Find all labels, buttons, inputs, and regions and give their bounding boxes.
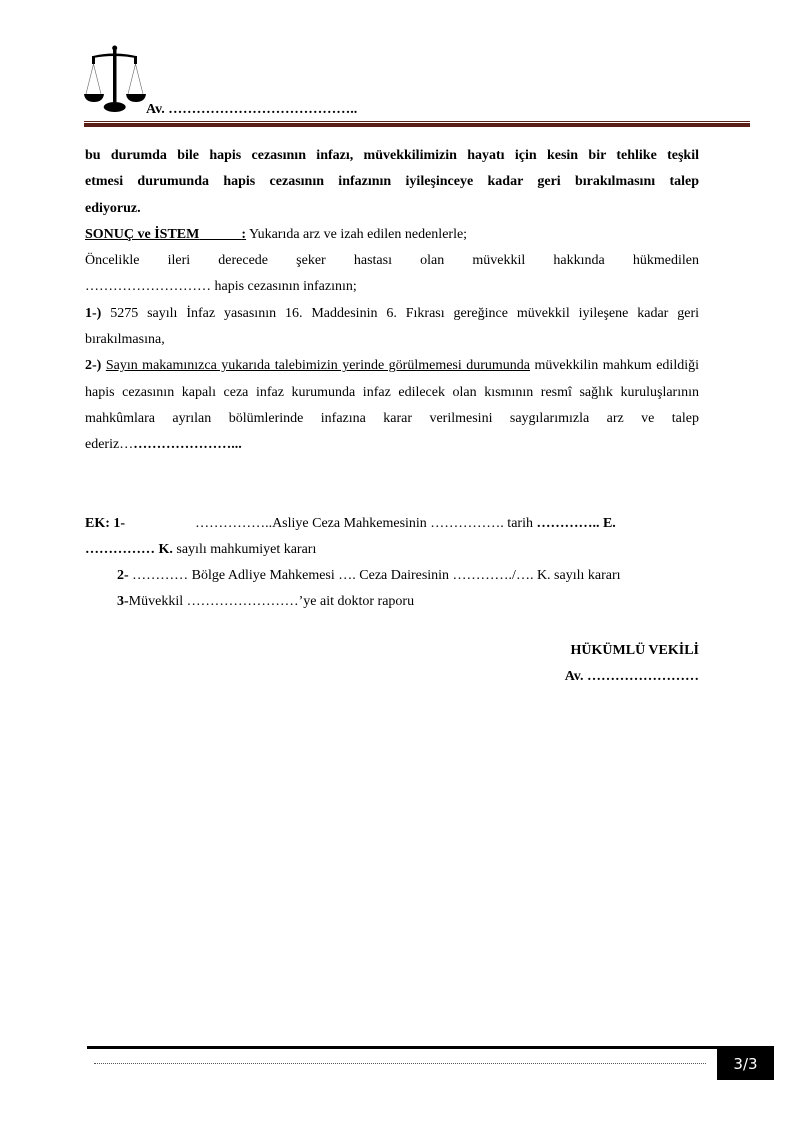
intro-line: ediyoruz. xyxy=(85,196,699,222)
first-line: Öncelikle ileri derecede şeker hastası o… xyxy=(85,248,699,274)
signature-name: Av. …………………… xyxy=(85,664,699,690)
scales-of-justice-icon xyxy=(84,44,146,112)
result-text: Yukarıda arz ve izah edilen nedenlerle; xyxy=(246,227,467,242)
document-body: bu durumda bile hapis cezasının infazı, … xyxy=(85,143,699,690)
footer-dotted-line xyxy=(94,1063,706,1064)
result-heading: SONUÇ ve İSTEM : xyxy=(85,227,246,242)
attachments-label: EK: 1- xyxy=(85,516,125,531)
attachment-2: 2- ………… Bölge Adliye Mahkemesi …. Ceza D… xyxy=(85,563,699,589)
result-paragraph: SONUÇ ve İSTEM : Yukarıda arz ve izah ed… xyxy=(85,222,699,248)
request-item-1: 1-) 5275 sayılı İnfaz yasasının 16. Madd… xyxy=(85,301,699,354)
letterhead: Av. ………………………………….. xyxy=(84,44,750,126)
attachment-3: 3-Müvekkil ……………………’ye ait doktor raporu xyxy=(85,589,699,615)
page-number: 3/3 xyxy=(717,1049,774,1080)
intro-line: etmesi durumunda hapis cezasının infazın… xyxy=(85,169,699,195)
footer-rule xyxy=(87,1046,774,1049)
request-item-2: 2-) Sayın makamınızca yukarıda talebimiz… xyxy=(85,353,699,458)
header-lawyer-label: Av. ………………………………….. xyxy=(146,102,357,118)
signature-title: HÜKÜMLÜ VEKİLİ xyxy=(85,638,699,664)
header-rule-thin xyxy=(84,121,750,122)
header-rule-thick xyxy=(84,123,750,127)
attachment-1: EK: 1- ……………..Asliye Ceza Mahkemesinin …… xyxy=(85,511,699,564)
intro-line: bu durumda bile hapis cezasının infazı, … xyxy=(85,143,699,169)
first-line: ……………………… hapis cezasının infazının; xyxy=(85,274,699,300)
